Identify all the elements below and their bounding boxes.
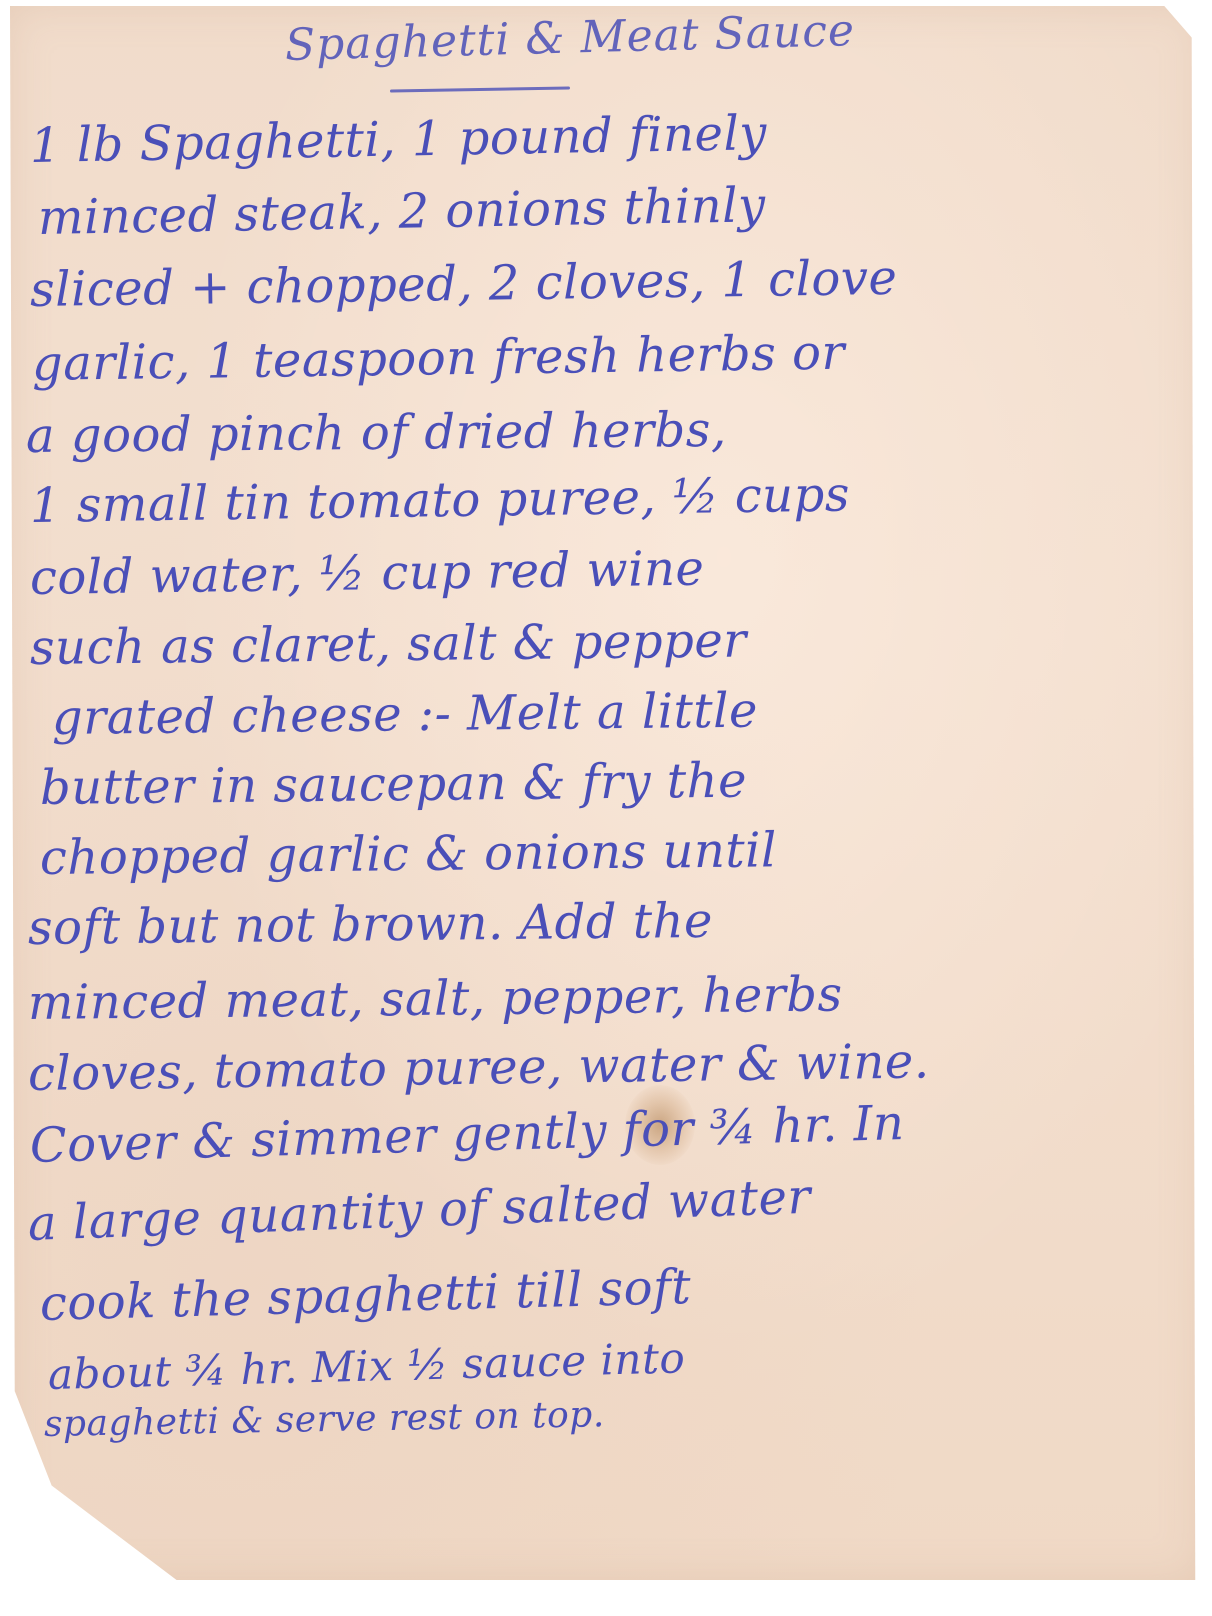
recipe-line: soft but not brown. Add the	[28, 893, 714, 956]
recipe-line: cloves, tomato puree, water & wine.	[28, 1033, 930, 1102]
recipe-line: chopped garlic & onions until	[40, 822, 777, 886]
scanned-page: Spaghetti & Meat Sauce 1 lb Spaghetti, 1…	[0, 0, 1212, 1616]
recipe-line: Cover & simmer gently for ¾ hr. In	[29, 1095, 905, 1174]
recipe-line: about ¾ hr. Mix ½ sauce into	[47, 1333, 685, 1399]
recipe-line: sliced + chopped, 2 cloves, 1 clove	[30, 250, 898, 318]
recipe-line: minced meat, salt, pepper, herbs	[28, 966, 843, 1031]
recipe-line: a good pinch of dried herbs,	[26, 402, 727, 464]
recipe-line: butter in saucepan & fry the	[40, 753, 748, 816]
recipe-line: cook the spaghetti till soft	[39, 1259, 692, 1332]
recipe-handwriting: Spaghetti & Meat Sauce 1 lb Spaghetti, 1…	[0, 0, 1212, 1616]
recipe-line: garlic, 1 teaspoon fresh herbs or	[32, 325, 846, 392]
recipe-line: 1 small tin tomato puree, ½ cups	[30, 467, 851, 534]
recipe-line: a large quantity of salted water	[27, 1169, 812, 1252]
recipe-line: minced steak, 2 onions thinly	[38, 177, 767, 246]
recipe-title: Spaghetti & Meat Sauce	[284, 5, 855, 71]
recipe-line: such as claret, salt & pepper	[30, 612, 747, 676]
recipe-line: 1 lb Spaghetti, 1 pound finely	[30, 105, 768, 174]
title-underline	[390, 86, 570, 92]
recipe-line: cold water, ½ cup red wine	[30, 541, 705, 606]
recipe-line: spaghetti & serve rest on top.	[44, 1394, 605, 1445]
recipe-line: grated cheese :- Melt a little	[52, 683, 758, 746]
